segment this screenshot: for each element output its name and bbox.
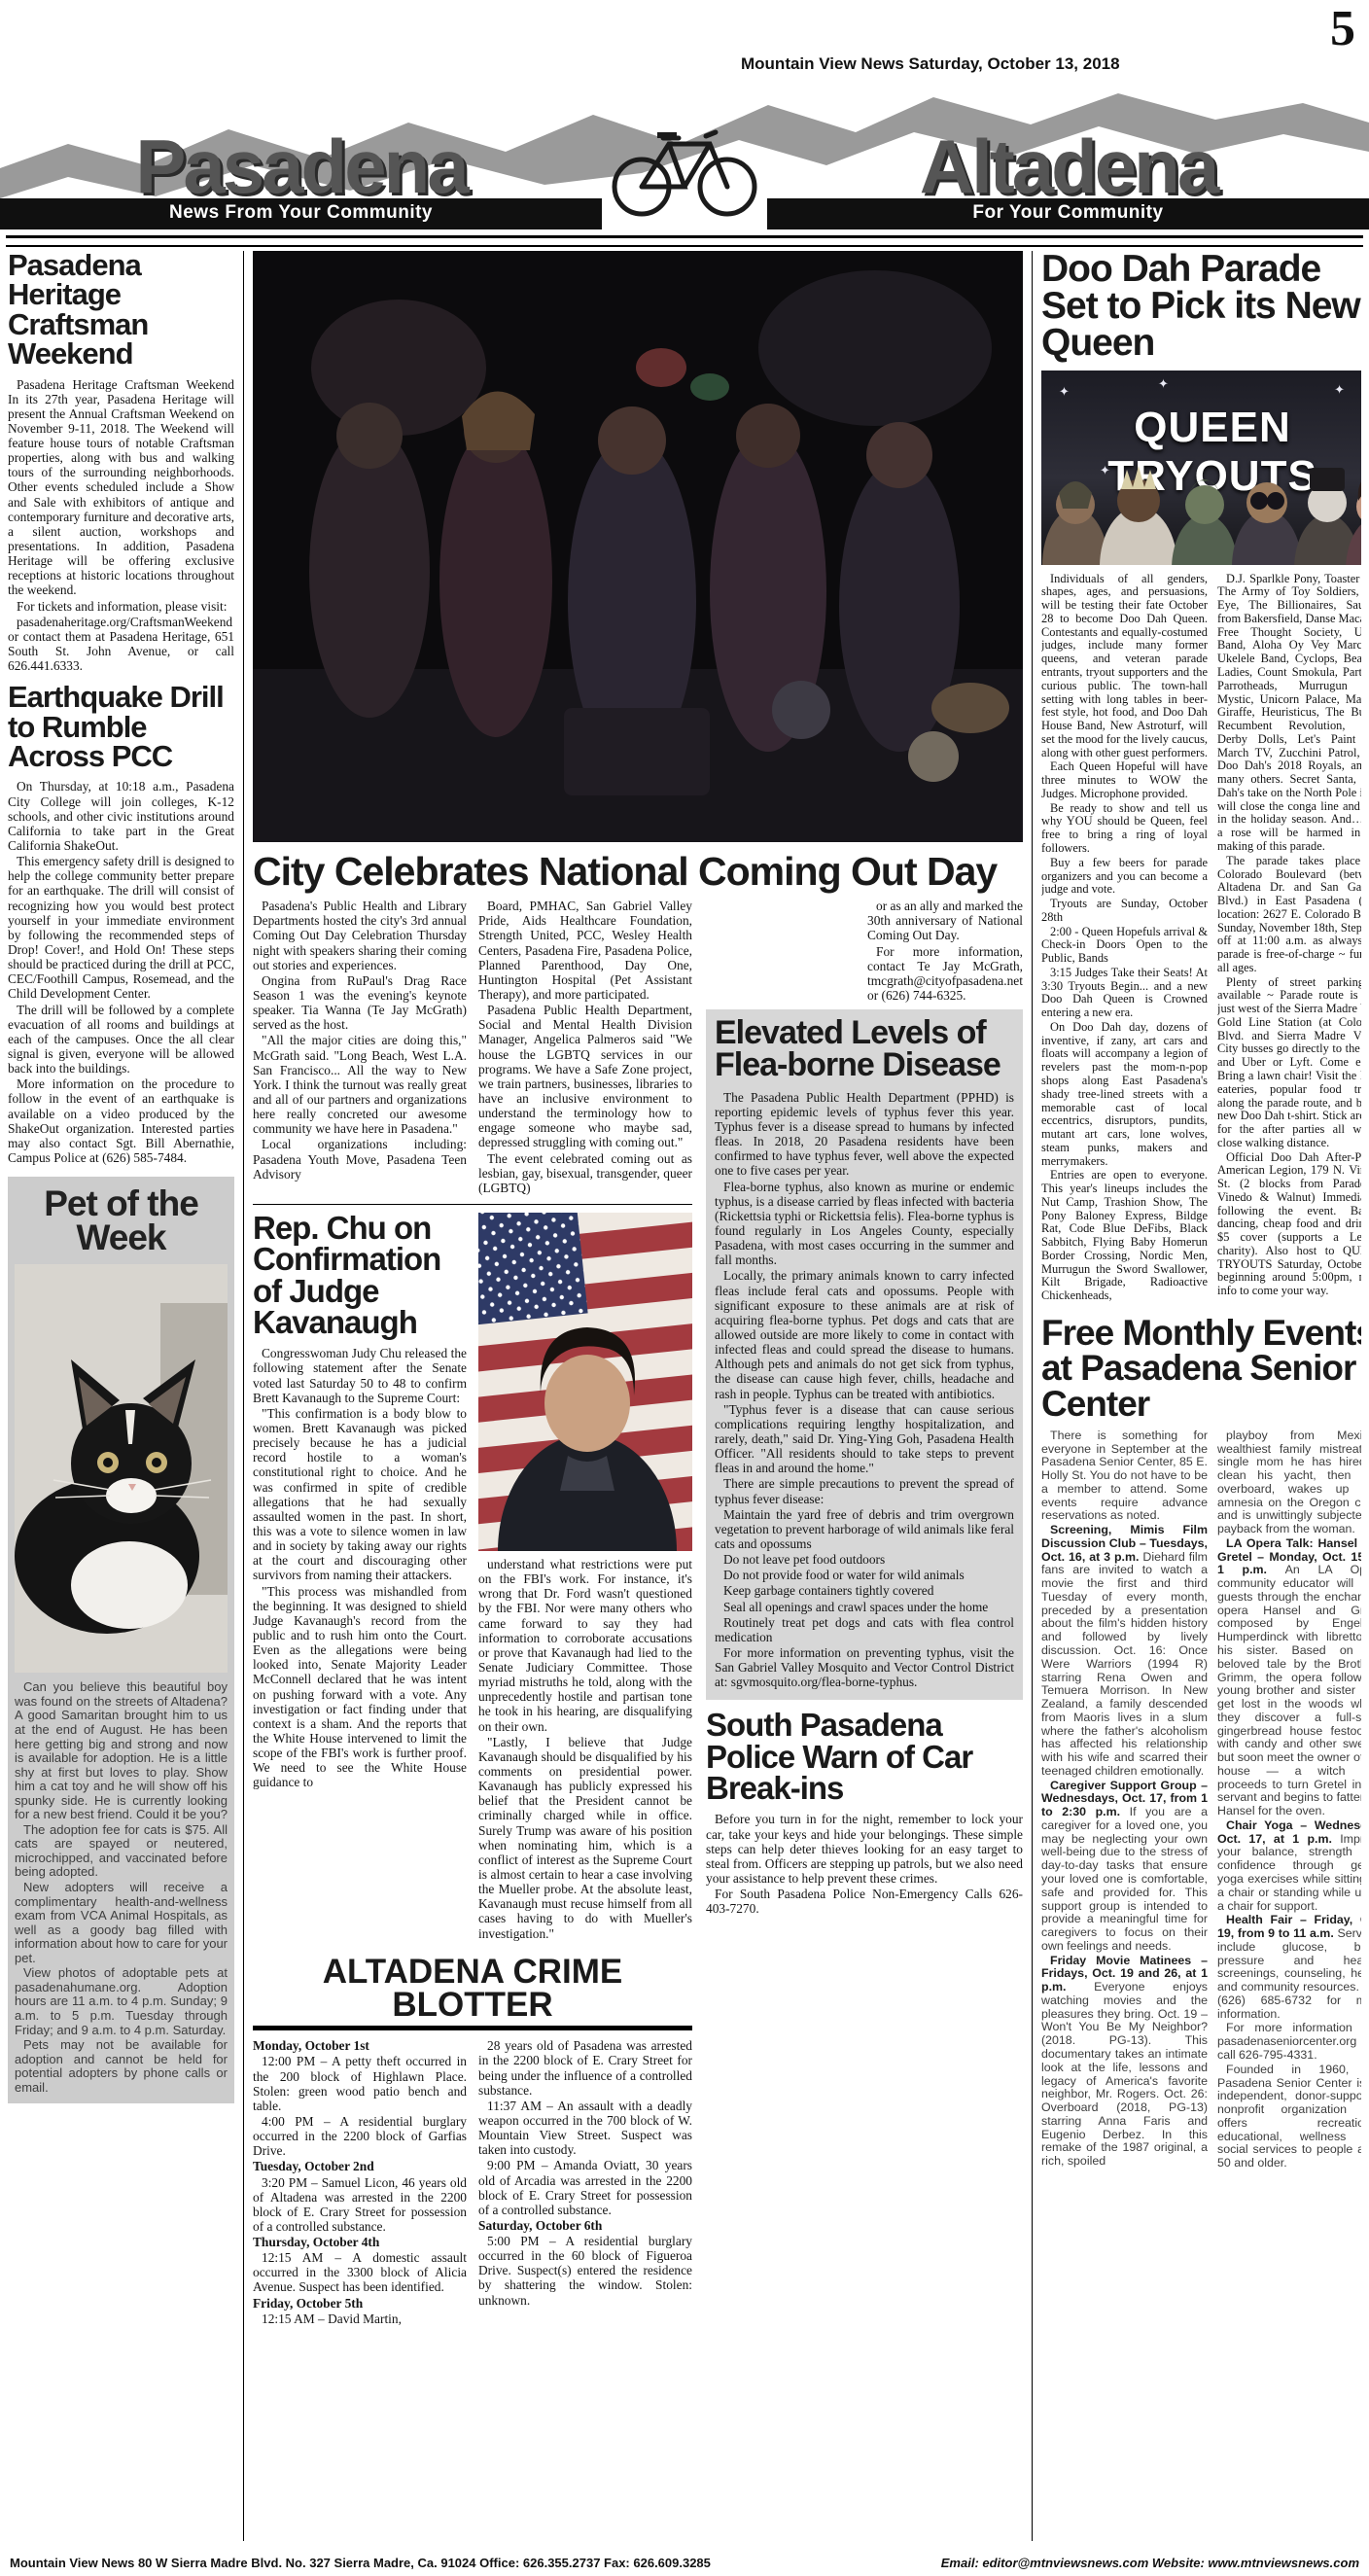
left-column: Pasadena Heritage Craftsman Weekend Pasa… xyxy=(8,251,234,2541)
article-doodah: Doo Dah Parade Set to Pick its New Queen… xyxy=(1041,251,1361,1304)
paragraph: Congresswoman Judy Chu released the foll… xyxy=(253,1346,467,1405)
article-title: Free Monthly Events at Pasadena Senior C… xyxy=(1041,1316,1361,1422)
paragraph: Pasadena Heritage Craftsman Weekend In i… xyxy=(8,377,234,598)
article-chu: Rep. Chu on Confirmation of Judge Kavana… xyxy=(253,1213,692,1942)
article-title: Rep. Chu on Confirmation of Judge Kavana… xyxy=(253,1213,467,1338)
paragraph: Entries are open to everyone. This year'… xyxy=(1041,1169,1208,1303)
blotter-date: Tuesday, October 2nd xyxy=(253,2159,467,2173)
paragraph: The adoption fee for cats is $75. All ca… xyxy=(15,1823,228,1880)
police-body: Before you turn in for the night, rememb… xyxy=(706,1812,1023,1916)
chu-col1: Congresswoman Judy Chu released the foll… xyxy=(253,1346,467,1789)
doodah-col2: D.J. Sparlkle Pony, Toaster Car, The Arm… xyxy=(1217,573,1361,1304)
senior-col2: playboy from Mexico's wealthiest family … xyxy=(1217,1429,1361,2171)
paragraph: Ongina from RuPaul's Drag Race Season 1 … xyxy=(253,973,467,1033)
blotter-col2: 28 years old of Pasadena was arrested in… xyxy=(478,2038,692,2327)
paragraph: Can you believe this beautiful boy was f… xyxy=(15,1680,228,1821)
pet-of-the-week-box: Pet of the Week xyxy=(8,1177,234,2103)
paragraph: Before you turn in for the night, rememb… xyxy=(706,1812,1023,1886)
chu-col2: understand what restrictions were put on… xyxy=(478,1557,692,1941)
paragraph: 2:00 - Queen Hopefuls arrival & Check-in… xyxy=(1041,926,1208,966)
article-title: Elevated Levels of Flea-borne Disease xyxy=(715,1017,1014,1082)
paragraph: 12:15 AM – A domestic assault occurred i… xyxy=(253,2250,467,2294)
paragraph: For more information, contact Te Jay McG… xyxy=(867,944,1023,1004)
masthead-divider xyxy=(6,235,1363,247)
footer-contact: Mountain View News 80 W Sierra Madre Blv… xyxy=(10,2556,711,2570)
page-footer: Mountain View News 80 W Sierra Madre Blv… xyxy=(10,2556,1359,2570)
article-police: South Pasadena Police Warn of Car Break-… xyxy=(706,1710,1023,1917)
middle-left: Pasadena's Public Health and Library Dep… xyxy=(253,899,692,2327)
city-col1: Pasadena's Public Health and Library Dep… xyxy=(253,899,467,1196)
event-paragraph: Friday Movie Matinees – Fridays, Oct. 19… xyxy=(1041,1955,1208,2169)
paragraph: 5:00 PM – A residential burglary occurre… xyxy=(478,2234,692,2308)
paragraph: Be ready to show and tell us why YOU sho… xyxy=(1041,802,1208,856)
paragraph: understand what restrictions were put on… xyxy=(478,1557,692,1734)
blotter-date: Friday, October 5th xyxy=(253,2296,467,2311)
paragraph: On Thursday, at 10:18 a.m., Pasadena Cit… xyxy=(8,779,234,853)
paragraph: playboy from Mexico's wealthiest family … xyxy=(1217,1429,1361,1536)
paragraph: Pasadena Public Health Department, Socia… xyxy=(478,1003,692,1149)
blotter-date: Thursday, October 4th xyxy=(253,2235,467,2249)
city-col2: Board, PMHAC, San Gabriel Valley Pride, … xyxy=(478,899,692,1196)
paragraph: Routinely treat pet dogs and cats with f… xyxy=(715,1615,1014,1644)
paragraph: Plenty of street parking is available ~ … xyxy=(1217,976,1361,1150)
paragraph: 9:00 PM – Amanda Oviatt, 30 years old of… xyxy=(478,2158,692,2217)
paragraph: pasadenaheritage.org/CraftsmanWeekend or… xyxy=(8,615,234,674)
paragraph: "This process was mishandled from the be… xyxy=(253,1584,467,1790)
paragraph: Seal all openings and crawl spaces under… xyxy=(715,1600,1014,1614)
city-columns: Pasadena's Public Health and Library Dep… xyxy=(253,899,692,1196)
article-earthquake: Earthquake Drill to Rumble Across PCC On… xyxy=(8,683,234,1165)
event-paragraph: Screening, Mimis Film Discussion Club – … xyxy=(1041,1524,1208,1779)
paragraph: Locally, the primary animals known to ca… xyxy=(715,1268,1014,1400)
column-rule xyxy=(243,251,244,2541)
blotter-date: Monday, October 1st xyxy=(253,2038,467,2053)
masthead-banner: Pasadena News From Your Community Altade… xyxy=(0,76,1369,229)
article-title: Earthquake Drill to Rumble Across PCC xyxy=(8,683,234,771)
event-paragraph: Chair Yoga – Wednesday, Oct. 17, at 1 p.… xyxy=(1217,1819,1361,1913)
doodah-columns: Individuals of all genders, shapes, ages… xyxy=(1041,573,1361,1304)
queen-tryouts-photo: ✦ ✦ ✦ ✦ ✦ QUEEN TRYOUTS xyxy=(1041,371,1361,565)
article-senior: Free Monthly Events at Pasadena Senior C… xyxy=(1041,1304,1361,2171)
paragraph: New adopters will receive a complimentar… xyxy=(15,1881,228,1965)
page-content: Pasadena Heritage Craftsman Weekend Pasa… xyxy=(8,251,1361,2541)
blotter-date: Saturday, October 6th xyxy=(478,2218,692,2233)
pasadena-masthead: Pasadena News From Your Community xyxy=(0,134,602,229)
blotter-rule xyxy=(253,2026,692,2030)
paragraph: Official Doo Dah After-Party: American L… xyxy=(1217,1151,1361,1298)
paragraph: More information on the procedure to fol… xyxy=(8,1076,234,1165)
paragraph: Maintain the yard free of debris and tri… xyxy=(715,1507,1014,1551)
paragraph: "All the major cities are doing this," M… xyxy=(253,1033,467,1136)
article-title: Doo Dah Parade Set to Pick its New Queen xyxy=(1041,251,1361,363)
city-col3: or as an ally and marked the 30th annive… xyxy=(867,899,1023,1004)
paragraph: Buy a few beers for parade organizers an… xyxy=(1041,857,1208,897)
senior-columns: There is something for everyone in Septe… xyxy=(1041,1429,1361,2171)
pasadena-title: Pasadena xyxy=(0,134,602,198)
paragraph: Local organizations including: Pasadena … xyxy=(253,1137,467,1181)
paper-dateline: Mountain View News Saturday, October 13,… xyxy=(741,54,1120,74)
paragraph: Each Queen Hopeful will have three minut… xyxy=(1041,760,1208,800)
paragraph: The event celebrated coming out as lesbi… xyxy=(478,1151,692,1195)
paragraph: For South Pasadena Police Non-Emergency … xyxy=(706,1887,1023,1916)
paragraph: 12:15 AM – David Martin, xyxy=(253,2311,467,2326)
paragraph: For more information on preventing typhu… xyxy=(715,1645,1014,1689)
paragraph: For tickets and information, please visi… xyxy=(8,599,234,614)
article-flea: Elevated Levels of Flea-borne Disease Th… xyxy=(706,1009,1023,1700)
blotter-col1: Monday, October 1st12:00 PM – A petty th… xyxy=(253,2038,467,2327)
paragraph: Board, PMHAC, San Gabriel Valley Pride, … xyxy=(478,899,692,1002)
paragraph: Do not provide food or water for wild an… xyxy=(715,1568,1014,1582)
article-body: Pasadena Heritage Craftsman Weekend In i… xyxy=(8,377,234,674)
event-paragraph: Caregiver Support Group – Wednesdays, Oc… xyxy=(1041,1780,1208,1954)
paragraph: Pets may not be available for adoption a… xyxy=(15,2038,228,2095)
kitten-photo xyxy=(15,1264,228,1673)
paragraph: 3:15 Judges Take their Seats! At 3:30 Tr… xyxy=(1041,967,1208,1020)
paragraph: There are simple precautions to prevent … xyxy=(715,1476,1014,1505)
article-body: On Thursday, at 10:18 a.m., Pasadena Cit… xyxy=(8,779,234,1165)
paragraph: "Typhus fever is a disease that can caus… xyxy=(715,1402,1014,1476)
paragraph: Founded in 1960, the Pasadena Senior Cen… xyxy=(1217,2064,1361,2170)
page-number: 5 xyxy=(1330,0,1355,57)
paragraph: Individuals of all genders, shapes, ages… xyxy=(1041,573,1208,760)
article-blotter: ALTADENA CRIME BLOTTER Monday, October 1… xyxy=(253,1956,692,2327)
paragraph: 28 years old of Pasadena was arrested in… xyxy=(478,2038,692,2098)
event-paragraph: LA Opera Talk: Hansel and Gretel – Monda… xyxy=(1217,1537,1361,1818)
event-paragraph: Health Fair – Friday, Oct. 19, from 9 to… xyxy=(1217,1914,1361,2021)
judy-chu-photo xyxy=(478,1213,692,1551)
paragraph: "Lastly, I believe that Judge Kavanaugh … xyxy=(478,1735,692,1941)
article-title: Pasadena Heritage Craftsman Weekend xyxy=(8,251,234,370)
middle-split: Pasadena's Public Health and Library Dep… xyxy=(253,899,1023,2327)
paragraph: 12:00 PM – A petty theft occurred in the… xyxy=(253,2054,467,2113)
pasadena-tagline: News From Your Community xyxy=(0,198,602,229)
article-heritage: Pasadena Heritage Craftsman Weekend Pasa… xyxy=(8,251,234,673)
chu-left: Rep. Chu on Confirmation of Judge Kavana… xyxy=(253,1213,467,1942)
doodah-col1: Individuals of all genders, shapes, ages… xyxy=(1041,573,1208,1304)
chu-right: understand what restrictions were put on… xyxy=(478,1213,692,1942)
article-title: ALTADENA CRIME BLOTTER xyxy=(253,1956,692,2023)
paragraph: or as an ally and marked the 30th annive… xyxy=(867,899,1023,942)
paragraph: 11:37 AM – An assault with a deadly weap… xyxy=(478,2099,692,2158)
newspaper-page: 5 Mountain View News Saturday, October 1… xyxy=(0,0,1369,2576)
right-column: Doo Dah Parade Set to Pick its New Queen… xyxy=(1041,251,1361,2541)
paragraph: Flea-borne typhus, also known as murine … xyxy=(715,1180,1014,1268)
pet-title: Pet of the Week xyxy=(15,1186,228,1254)
middle-column: City Celebrates National Coming Out Day … xyxy=(253,251,1023,2541)
paragraph: D.J. Sparlkle Pony, Toaster Car, The Arm… xyxy=(1217,573,1361,854)
paragraph: 3:20 PM – Samuel Licon, 46 years old of … xyxy=(253,2175,467,2235)
coming-out-day-photo xyxy=(253,251,1023,842)
paragraph: The parade takes place on Colorado Boule… xyxy=(1217,855,1361,975)
paragraph: "This confirmation is a body blow to wom… xyxy=(253,1406,467,1583)
bicycle-icon xyxy=(602,107,767,224)
senior-col1: There is something for everyone in Septe… xyxy=(1041,1429,1208,2171)
column-rule xyxy=(1032,251,1033,2541)
paragraph: Keep garbage containers tightly covered xyxy=(715,1583,1014,1598)
middle-right: or as an ally and marked the 30th annive… xyxy=(706,899,1023,2327)
paragraph: For more information visit pasadenasenio… xyxy=(1217,2022,1361,2062)
paragraph: Do not leave pet food outdoors xyxy=(715,1552,1014,1567)
footer-web: Email: editor@mtnviewsnews.com Website: … xyxy=(941,2556,1359,2570)
flea-body: The Pasadena Public Health Department (P… xyxy=(715,1090,1014,1690)
paragraph: Tryouts are Sunday, October 28th xyxy=(1041,898,1208,925)
pet-body: Can you believe this beautiful boy was f… xyxy=(15,1680,228,2095)
altadena-tagline: For Your Community xyxy=(767,198,1369,229)
paragraph: The drill will be followed by a complete… xyxy=(8,1003,234,1076)
altadena-title: Altadena xyxy=(767,134,1369,198)
section-divider xyxy=(253,1204,692,1205)
article-title: South Pasadena Police Warn of Car Break-… xyxy=(706,1710,1023,1804)
article-title: City Celebrates National Coming Out Day xyxy=(253,852,1023,891)
paragraph: View photos of adoptable pets at pasaden… xyxy=(15,1966,228,2037)
paragraph: Pasadena's Public Health and Library Dep… xyxy=(253,899,467,972)
paragraph: 4:00 PM – A residential burglary occurre… xyxy=(253,2114,467,2158)
paragraph: The Pasadena Public Health Department (P… xyxy=(715,1090,1014,1179)
blotter-columns: Monday, October 1st12:00 PM – A petty th… xyxy=(253,2038,692,2327)
paragraph: This emergency safety drill is designed … xyxy=(8,854,234,1001)
paragraph: On Doo Dah day, dozens of inventive, if … xyxy=(1041,1021,1208,1168)
altadena-masthead: Altadena For Your Community xyxy=(767,134,1369,229)
article-city: City Celebrates National Coming Out Day xyxy=(253,842,1023,899)
paragraph: There is something for everyone in Septe… xyxy=(1041,1429,1208,1523)
